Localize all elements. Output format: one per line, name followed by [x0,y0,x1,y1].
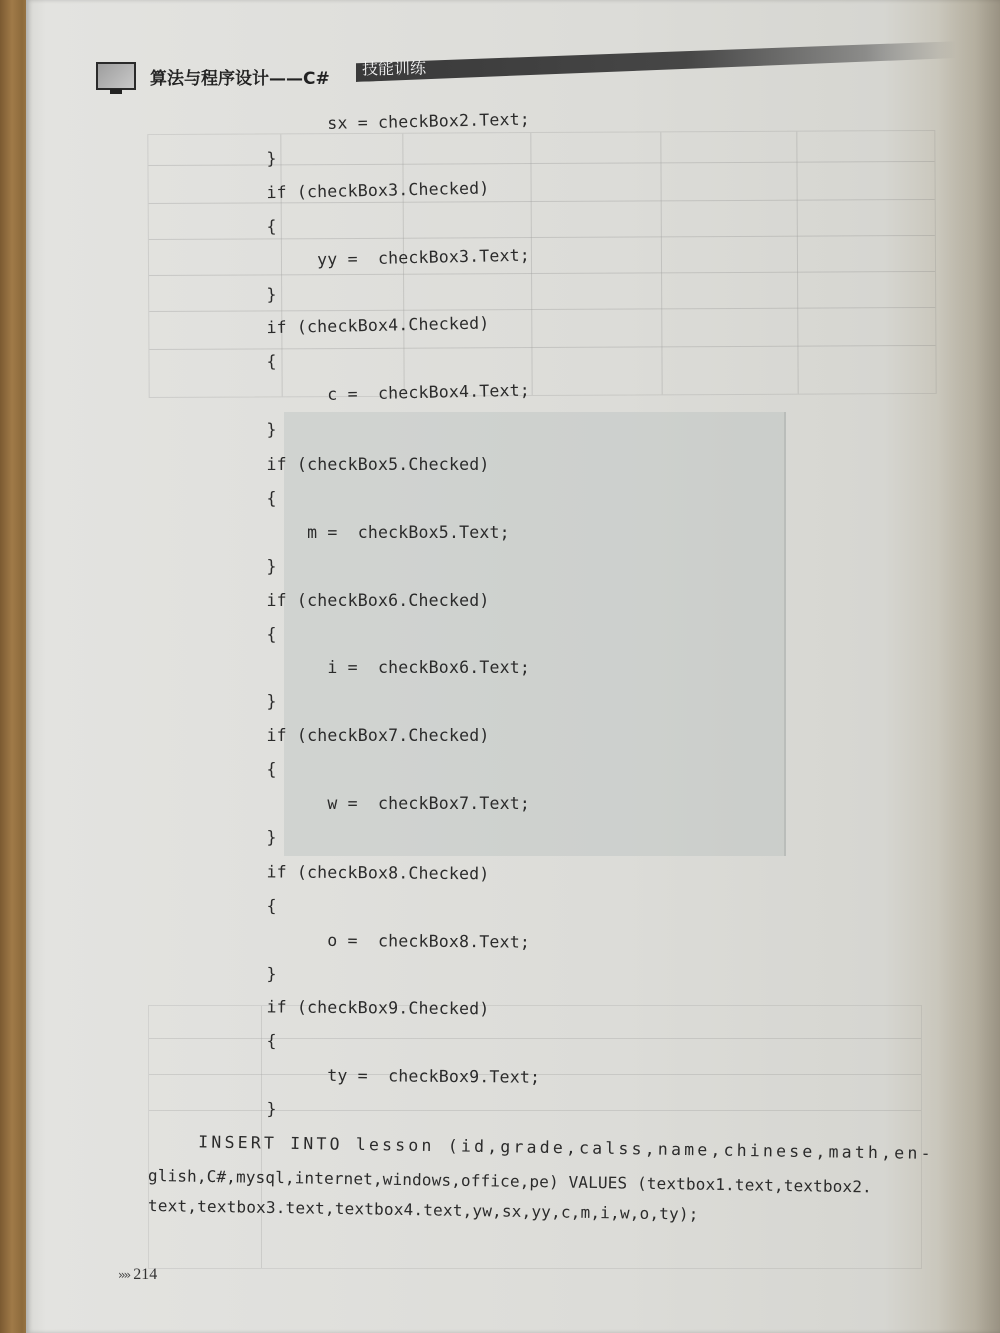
code-line: { [226,625,277,644]
section-banner [356,41,956,82]
code-line: m = checkBox5.Text; [226,523,510,542]
code-line: i = checkBox6.Text; [226,658,530,677]
chevrons-icon: ›››› [118,1268,129,1282]
book-page: 算法与程序设计——C# 技能训练 sx = checkBox2.Text; } … [26,0,1000,1333]
section-label: 技能训练 [362,55,426,79]
code-line: w = checkBox7.Text; [226,794,530,813]
book-title: 算法与程序设计——C# [150,64,330,89]
code-line: if (checkBox9.Checked) [226,997,490,1018]
photo-scene: 算法与程序设计——C# 技能训练 sx = checkBox2.Text; } … [0,0,1000,1333]
code-line: { [226,489,277,508]
code-line: { [226,1031,277,1050]
code-line: } [226,557,277,576]
code-line: } [226,692,277,711]
code-line: } [226,149,277,169]
code-line: } [226,964,277,983]
code-line: sx = checkBox2.Text; [226,110,530,135]
code-line: } [226,828,277,847]
monitor-icon [96,62,136,90]
code-line: { [226,352,277,372]
code-line: ty = checkBox9.Text; [226,1065,540,1087]
code-line: { [226,760,277,779]
show-through-figure [284,412,786,856]
code-line: if (checkBox8.Checked) [226,862,490,883]
code-line: } [226,284,277,304]
code-line: if (checkBox6.Checked) [226,591,489,610]
page-edge-shadow [938,0,1000,1333]
code-line: o = checkBox8.Text; [226,930,530,952]
code-line: { [226,896,277,915]
page-number-value: 214 [133,1266,157,1283]
code-line: if (checkBox5.Checked) [226,455,489,474]
code-line: } [226,1099,277,1118]
page-header: 算法与程序设计——C# 技能训练 [96,58,996,100]
page-number: ››››214 [118,1266,157,1284]
code-line: if (checkBox7.Checked) [226,726,489,745]
code-line: { [226,217,277,237]
code-line: } [226,420,277,440]
